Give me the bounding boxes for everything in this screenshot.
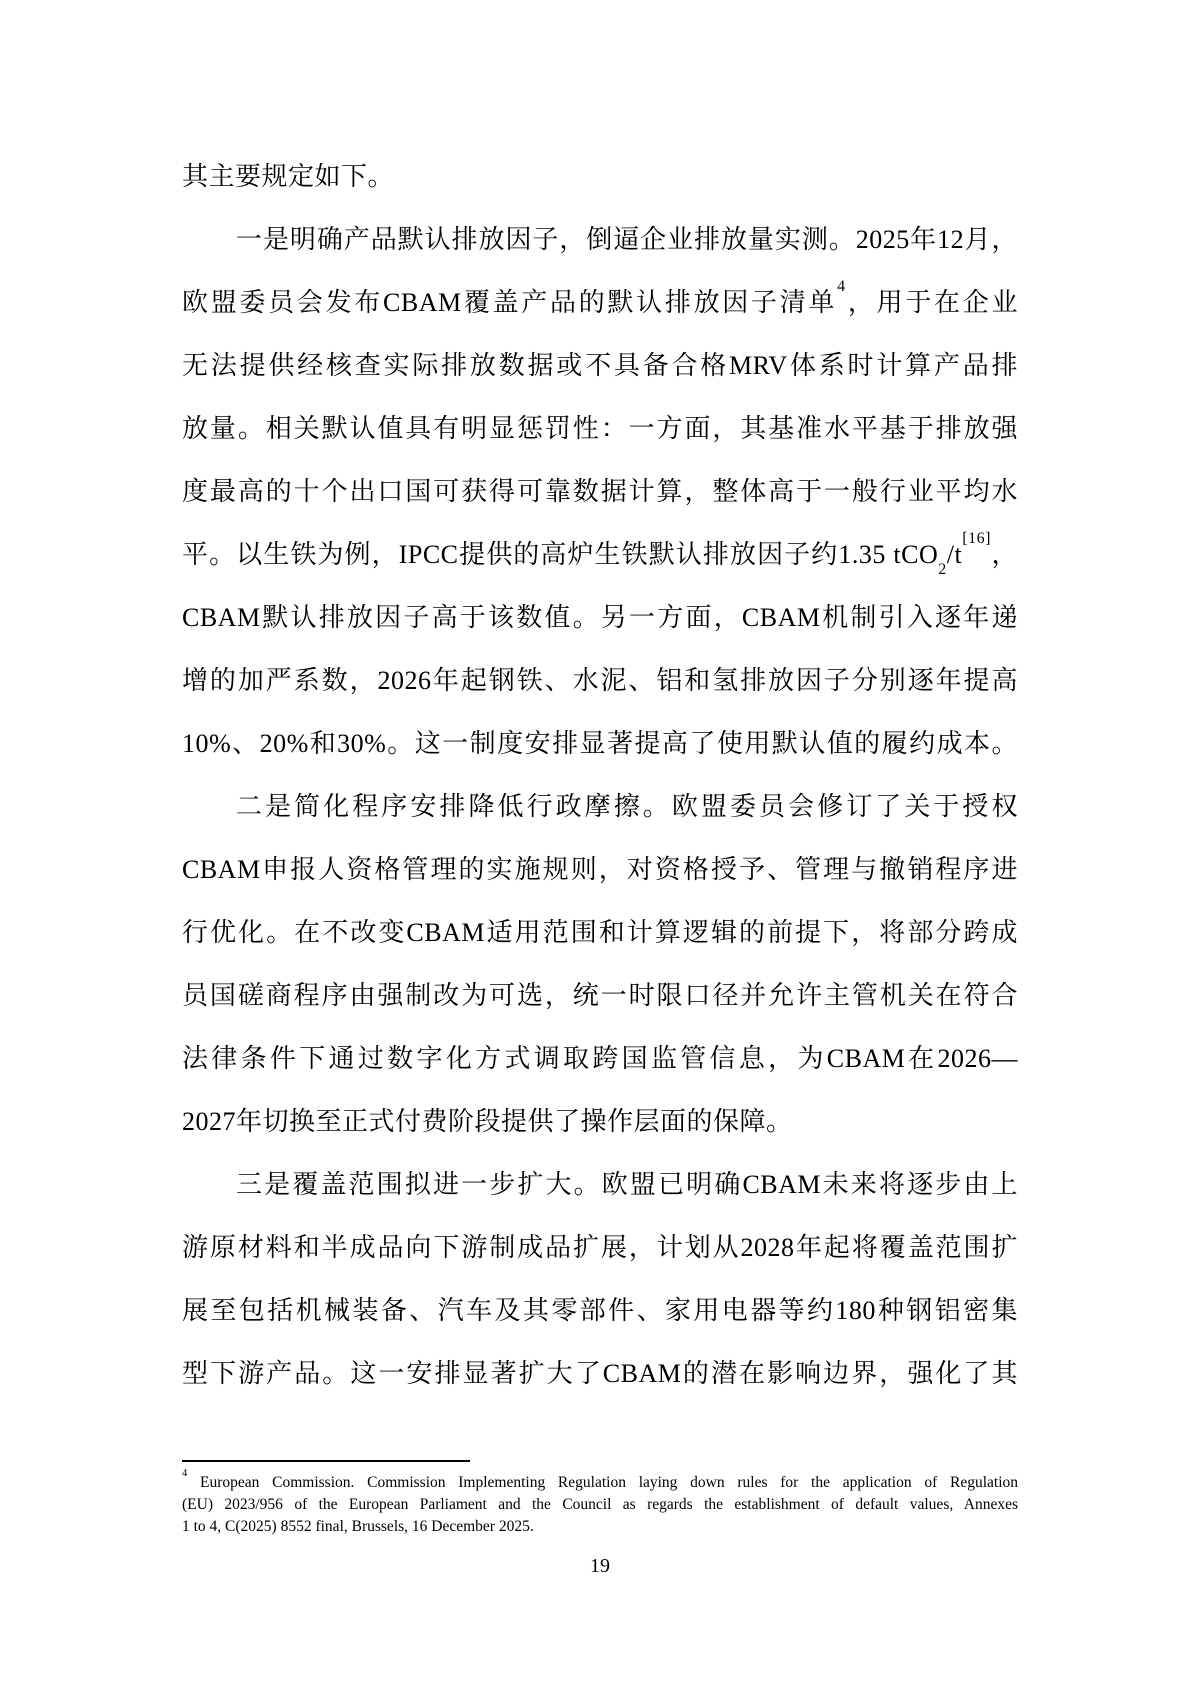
body-text-line: 放量。相关默认值具有明显惩罚性：一方面，其基准水平基于排放强 — [182, 397, 1018, 460]
footnote-section: 4 European Commission. Commission Implem… — [182, 1460, 1018, 1538]
footnote-text: 4 European Commission. Commission Implem… — [182, 1472, 1018, 1538]
body-text-line: 型下游产品。这一安排显著扩大了CBAM的潜在影响边界，强化了其 — [182, 1342, 1018, 1405]
footnote-separator — [182, 1460, 470, 1462]
body-text-segment: 欧盟委员会发布CBAM覆盖产品的默认排放因子清单 — [182, 288, 837, 317]
body-text-segment: /t — [947, 540, 962, 569]
body-text-line: 行优化。在不改变CBAM适用范围和计算逻辑的前提下，将部分跨成 — [182, 901, 1018, 964]
body-text-line: 增的加严系数，2026年起钢铁、水泥、铝和氢排放因子分别逐年提高 — [182, 649, 1018, 712]
body-text-line: 展至包括机械装备、汽车及其零部件、家用电器等约180种钢铝密集 — [182, 1279, 1018, 1342]
page-number: 19 — [182, 1554, 1018, 1578]
body-text-line: 欧盟委员会发布CBAM覆盖产品的默认排放因子清单4，用于在企业 — [182, 271, 1018, 334]
body-text-line: CBAM默认排放因子高于该数值。另一方面，CBAM机制引入逐年递 — [182, 586, 1018, 649]
footnote-text-segment: European Commission. Commission Implemen… — [187, 1474, 1018, 1491]
body-text-line: 平。以生铁为例，IPCC提供的高炉生铁默认排放因子约1.35 tCO2/t[16… — [182, 523, 1018, 586]
body-text-line: 游原材料和半成品向下游制成品扩展，计划从2028年起将覆盖范围扩 — [182, 1216, 1018, 1279]
body-text-line: 三是覆盖范围拟进一步扩大。欧盟已明确CBAM未来将逐步由上 — [182, 1153, 1018, 1216]
body-text-line: 度最高的十个出口国可获得可靠数据计算，整体高于一般行业平均水 — [182, 460, 1018, 523]
chemical-subscript: 2 — [938, 561, 947, 578]
body-text-line: 二是简化程序安排降低行政摩擦。欧盟委员会修订了关于授权 — [182, 775, 1018, 838]
body-text-segment: ，用于在企业 — [846, 288, 1018, 317]
body-text: 其主要规定如下。 一是明确产品默认排放因子，倒逼企业排放量实测。2025年12月… — [182, 145, 1018, 1405]
document-page: 其主要规定如下。 一是明确产品默认排放因子，倒逼企业排放量实测。2025年12月… — [0, 0, 1190, 1683]
footnote-reference-marker: 4 — [837, 278, 846, 295]
body-text-line: 法律条件下通过数字化方式调取跨国监管信息，为CBAM在2026— — [182, 1027, 1018, 1090]
body-text-line: 无法提供经核查实际排放数据或不具备合格MRV体系时计算产品排 — [182, 334, 1018, 397]
body-text-line: 员国磋商程序由强制改为可选，统一时限口径并允许主管机关在符合 — [182, 964, 1018, 1027]
footnote-line: (EU) 2023/956 of the European Parliament… — [182, 1494, 1018, 1516]
body-text-segment: 平。以生铁为例，IPCC提供的高炉生铁默认排放因子约1.35 tCO — [182, 540, 938, 569]
body-text-line: 2027年切换至正式付费阶段提供了操作层面的保障。 — [182, 1090, 1018, 1153]
body-text-segment: ， — [991, 540, 1018, 569]
body-text-line: 10%、20%和30%。这一制度安排显著提高了使用默认值的履约成本。 — [182, 712, 1018, 775]
citation-reference-marker: [16] — [962, 530, 991, 547]
body-text-line: 一是明确产品默认排放因子，倒逼企业排放量实测。2025年12月， — [182, 208, 1018, 271]
footnote-marker: 4 — [182, 1468, 187, 1479]
body-text-line: 其主要规定如下。 — [182, 145, 1018, 208]
footnote-line: 1 to 4, C(2025) 8552 final, Brussels, 16… — [182, 1516, 1018, 1538]
body-text-line: CBAM申报人资格管理的实施规则，对资格授予、管理与撤销程序进 — [182, 838, 1018, 901]
footnote-line: 4 European Commission. Commission Implem… — [182, 1472, 1018, 1494]
